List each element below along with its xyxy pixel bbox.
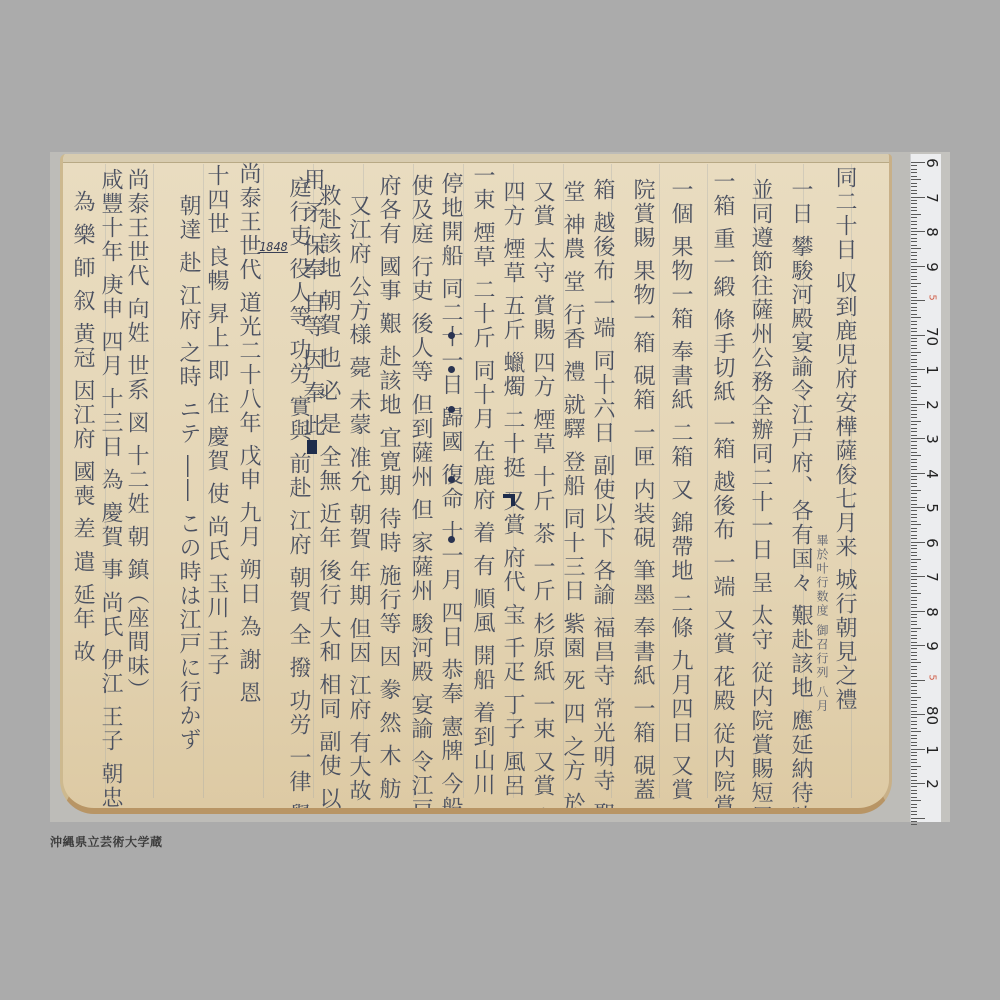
ruler-tick (911, 297, 917, 298)
ruler-tick (911, 659, 917, 660)
ruler-tick (911, 345, 917, 346)
ruler-tick (911, 190, 917, 191)
ruler-tick (911, 400, 917, 401)
ruler-tick (911, 293, 917, 294)
ruler-tick (911, 448, 917, 449)
ruler-tick (911, 821, 917, 822)
ruler-tick (911, 548, 917, 549)
ruler-tick (911, 528, 917, 529)
ruler-tick (911, 673, 917, 674)
text-column: 為 樂 師 叙 黄冠 因江府 國喪 差 遣 延年 故 (69, 190, 95, 664)
ruler-tick (911, 238, 917, 239)
text-column: 使及庭 行吏 後人等 但到薩州 但 家薩州 駿河殿 宴諭 令江戸 (407, 174, 433, 814)
text-column: 用 矛 保奉 自等 因 奉 此 (299, 168, 325, 438)
ruler-tick (911, 731, 921, 732)
ruler-label: 4 (923, 465, 941, 483)
page-top-edge (63, 154, 889, 163)
ruler-tick (911, 652, 917, 653)
ruler-tick (911, 234, 917, 235)
ruler-tick (911, 614, 917, 615)
ruler-tick (911, 697, 921, 698)
ruler-tick (911, 773, 917, 774)
ruler-label: 7 (923, 568, 941, 586)
ruler-tick (911, 573, 917, 574)
ruler-tick (911, 279, 917, 280)
ruler-tick (911, 228, 917, 229)
ruler-tick (911, 735, 917, 736)
ruler-tick (911, 597, 917, 598)
ruler-tick (911, 217, 917, 218)
ruler-tick (911, 793, 917, 794)
ruler-tick (911, 214, 921, 215)
text-column: 停地開船 同二十一日 歸國 復命 十一月 四日 恭奉 憲牌 今般 両副 (437, 172, 463, 814)
ruler-tick (911, 559, 921, 560)
ruler-tick (911, 248, 921, 249)
ruler-tick (911, 203, 917, 204)
ruler-tick (911, 179, 921, 180)
ruler-tick (911, 386, 921, 387)
ruler-tick (911, 359, 917, 360)
ruler-tick (911, 707, 917, 708)
ruler-tick (911, 362, 917, 363)
measuring-ruler: 678957012345678958012 (910, 154, 941, 822)
ruler-tick (911, 490, 921, 491)
ruler-tick (911, 176, 917, 177)
ruler-tick (911, 631, 917, 632)
ruler-tick (911, 183, 917, 184)
ruler-tick (911, 635, 917, 636)
ruler-label: 6 (923, 154, 941, 172)
manuscript-page: 同二十日 収到鹿児府安樺薩俊七月来 城行朝見之禮 畢於叶行数度 御召行列 八月 … (60, 154, 892, 814)
ruler-tick (911, 683, 917, 684)
ruler-tick (911, 648, 917, 649)
ruler-label: 5 (927, 668, 938, 686)
ruler-tick (911, 811, 917, 812)
ruler-tick (911, 410, 917, 411)
ruler-tick (911, 510, 917, 511)
ruler-tick (911, 500, 917, 501)
ruler-tick (911, 241, 917, 242)
ruler-tick (911, 555, 917, 556)
ruler-tick (911, 700, 917, 701)
ruler-tick (911, 514, 917, 515)
ruler-tick (911, 372, 917, 373)
ruler-tick (911, 259, 917, 260)
ruler-tick (911, 186, 917, 187)
ruler-tick (911, 497, 917, 498)
ruler-label: 9 (923, 637, 941, 655)
ruler-tick (911, 593, 921, 594)
ruler-tick (911, 193, 917, 194)
ruler-tick (911, 383, 917, 384)
ruler-tick (911, 407, 917, 408)
ruler-tick (911, 269, 917, 270)
ruler-tick (911, 314, 917, 315)
ruler-tick (911, 655, 917, 656)
ruler-label: 9 (923, 258, 941, 276)
ruler-tick (911, 476, 917, 477)
text-column: 一日 攀駿河殿宴諭令江戸府、各有国々 艱赴該地 應延納待時施行 (787, 178, 813, 814)
ruler-tick (911, 200, 917, 201)
ruler-tick (911, 421, 921, 422)
ruler-label: 6 (923, 534, 941, 552)
ruler-tick (911, 693, 917, 694)
ruler-tick (911, 724, 917, 725)
ruler-tick (911, 338, 917, 339)
text-column: 並同遵節往薩州公務全辦同二十一日 呈 太守 従内院賞賜短冊掛 (747, 178, 773, 814)
collection-caption: 沖縄県立芸術大学蔵 (50, 833, 163, 850)
ruler-tick (911, 379, 917, 380)
ruler-tick (911, 738, 917, 739)
rule-line (463, 164, 464, 798)
ruler-tick (911, 538, 917, 539)
ruler-label: 1 (923, 361, 941, 379)
ruler-tick (911, 300, 925, 301)
ruler-tick (911, 583, 917, 584)
ruler-tick (911, 321, 917, 322)
ruler-tick (911, 566, 917, 567)
ruler-tick (911, 569, 917, 570)
text-column: 又江府 公方様 薨 未蒙 准允 朝賀 年期 但因 江府 有大故 不 (345, 194, 371, 814)
ruler-label: 5 (923, 499, 941, 517)
ruler-tick (911, 272, 917, 273)
ruler-tick (911, 417, 917, 418)
ruler-tick (911, 814, 917, 815)
ruler-tick (911, 624, 917, 625)
ruler-tick (911, 666, 917, 667)
ruler-tick (911, 686, 917, 687)
ruler-tick (911, 366, 917, 367)
ruler-label: 5 (927, 289, 938, 307)
ruler-tick (911, 445, 917, 446)
ruler-tick (911, 579, 917, 580)
ruler-tick (911, 493, 917, 494)
ruler-tick (911, 283, 921, 284)
rule-line (153, 164, 154, 798)
ruler-tick (911, 355, 917, 356)
ink-mark (307, 440, 317, 454)
document-photo: 同二十日 収到鹿児府安樺薩俊七月来 城行朝見之禮 畢於叶行数度 御召行列 八月 … (50, 152, 950, 822)
ruler-tick (911, 486, 917, 487)
text-column-heading: 尚泰王世代 道光二十八年 戊申 九月 朔日 為 謝 恩 (235, 162, 261, 705)
text-column: 又賞 太守 賞賜 四方 煙草 十斤 茶 一斤 杉原紙 一束 又賞 宰相 賞賜 (529, 180, 555, 814)
year-annotation: 1848 (259, 240, 288, 254)
ruler-label: 8 (923, 223, 941, 241)
text-column: 府各有 國事 艱 赴該地 宜寛期 待時 施行等 因 豢 然 木 舫 幾 (375, 174, 401, 814)
ruler-tick (911, 435, 917, 436)
text-column: 朝達 赴 江府 之時 ニテ ―― この時は江戸に行かず (175, 194, 201, 752)
ruler-tick (911, 545, 917, 546)
ruler-tick (911, 469, 917, 470)
ruler-tick (911, 604, 917, 605)
ruler-tick (911, 397, 917, 398)
ruler-tick (911, 424, 917, 425)
text-column: 一束 煙草 二十斤 同十月 在鹿府 着 有 順風 開船 着到山川 二十日 (469, 164, 495, 814)
ruler-tick (911, 562, 917, 563)
ruler-tick (911, 669, 917, 670)
ruler-tick (911, 324, 917, 325)
ruler-tick (911, 552, 917, 553)
ruler-tick (911, 303, 917, 304)
ruler-tick (911, 479, 917, 480)
ruler-tick (911, 680, 925, 681)
ruler-tick (911, 428, 917, 429)
ruler-tick (911, 769, 917, 770)
ruler-tick (911, 317, 921, 318)
ruler-tick (911, 628, 921, 629)
ruler-tick (911, 617, 917, 618)
ruler-tick (911, 728, 917, 729)
ink-dot (448, 476, 455, 483)
ruler-tick (911, 255, 917, 256)
ruler-tick (911, 690, 917, 691)
ruler-label: 80 (923, 706, 941, 724)
ruler-tick (911, 224, 917, 225)
ruler-tick (911, 766, 921, 767)
text-column: 同二十日 収到鹿児府安樺薩俊七月来 城行朝見之禮 (831, 166, 857, 712)
ruler-tick (911, 824, 917, 825)
ruler-tick (911, 762, 917, 763)
ink-dot (448, 332, 455, 339)
ruler-tick (911, 586, 917, 587)
ink-dot (448, 366, 455, 373)
ruler-tick (911, 172, 917, 173)
ruler-tick (911, 638, 917, 639)
ruler-tick (911, 462, 917, 463)
ruler-tick (911, 262, 917, 263)
ruler-tick (911, 414, 917, 415)
ruler-label: 2 (923, 775, 941, 793)
ruler-tick (911, 517, 917, 518)
ruler-label: 2 (923, 396, 941, 414)
ruler-tick (911, 776, 917, 777)
ruler-tick (911, 818, 925, 819)
ruler-label: 8 (923, 603, 941, 621)
ruler-tick (911, 711, 917, 712)
ruler-tick (911, 459, 917, 460)
ruler-tick (911, 207, 917, 208)
ruler-tick (911, 535, 917, 536)
ruler-tick (911, 759, 917, 760)
ruler-tick (911, 621, 917, 622)
text-column: 咸豐十年 庚申 四月 十三日 為 慶賀 事 尚氏 伊江 王子 朝忠 赴 江府之時 (97, 168, 123, 814)
ruler-tick (911, 524, 921, 525)
ink-dot (448, 406, 455, 413)
ruler-label: 70 (923, 327, 941, 345)
ruler-tick (911, 328, 917, 329)
ruler-tick (911, 807, 917, 808)
ruler-tick (911, 590, 917, 591)
ruler-label: 3 (923, 430, 941, 448)
ruler-tick (911, 607, 917, 608)
ruler-tick (911, 704, 917, 705)
ruler-tick (911, 642, 917, 643)
ruler-tick (911, 755, 917, 756)
ruler-tick (911, 245, 917, 246)
ruler-tick (911, 800, 921, 801)
ruler-tick (911, 600, 917, 601)
ruler-tick (911, 376, 917, 377)
ruler-tick (911, 786, 917, 787)
ruler-tick (911, 431, 917, 432)
rule-line (707, 164, 708, 798)
ruler-tick (911, 466, 917, 467)
ruler-tick (911, 790, 917, 791)
ruler-tick (911, 221, 917, 222)
ruler-tick (911, 717, 917, 718)
ruler-tick (911, 169, 917, 170)
text-column: 十四世 良暢 昇上 即 住 慶賀 使 尚氏 玉川 王子 (203, 164, 229, 677)
ruler-tick (911, 521, 917, 522)
ruler-tick (911, 252, 917, 253)
ruler-tick (911, 455, 921, 456)
ruler-tick (911, 276, 917, 277)
ruler-tick (911, 780, 917, 781)
text-column-annotation: 畢於叶行数度 御召行列 八月 (815, 534, 829, 714)
ruler-tick (911, 742, 917, 743)
ruler-tick (911, 210, 917, 211)
ink-mark (511, 494, 515, 506)
ruler-tick (911, 390, 917, 391)
ruler-tick (911, 797, 917, 798)
text-column: 一箱 重一緞 條手切紙 一箱 越後布 一端 又賞 花殿 従内院賞賜硯蓋 (709, 170, 735, 814)
ruler-tick (911, 290, 917, 291)
ruler-tick (911, 286, 917, 287)
ruler-tick (911, 310, 917, 311)
ruler-tick (911, 341, 917, 342)
ruler-tick (911, 348, 917, 349)
ruler-tick (911, 676, 917, 677)
rule-line (659, 164, 660, 798)
ruler-tick (911, 393, 917, 394)
text-column: 箱 越後布 一端 同十六日 副使以下 各諭 福昌寺 常光明寺 聖 (589, 178, 615, 814)
ruler-tick (911, 531, 917, 532)
ruler-tick (911, 452, 917, 453)
ruler-label: 7 (923, 189, 941, 207)
rule-line (263, 164, 264, 798)
ruler-tick (911, 662, 921, 663)
text-column: 院賞賜 果物一箱 硯箱 一匣 内装硯 筆墨 奉書紙 一箱 硯蓋 一匣 條手切紙 … (629, 178, 655, 814)
text-column: 堂 神農 堂 行香 禮 就驛 登船 同十三日 紫園 死 四 之方 於四 (559, 180, 585, 814)
ruler-tick (911, 745, 917, 746)
text-column: 一個 果物一箱 奉書紙 二箱 又 錦帶地 二條 九月四日 又賞 御樣 従内 (667, 178, 693, 814)
ruler-tick (911, 307, 917, 308)
text-column: 尚泰王世代 向姓 世系 図 十二姓 朝 鎮（座間味） (123, 168, 149, 702)
ruler-tick (911, 441, 917, 442)
ruler-tick (911, 483, 917, 484)
ruler-tick (911, 352, 921, 353)
ink-dot (448, 536, 455, 543)
ruler-tick (911, 331, 917, 332)
ruler-tick (911, 752, 917, 753)
ruler-tick (911, 804, 917, 805)
ruler-tick (911, 721, 917, 722)
ruler-tick (911, 504, 917, 505)
ruler-label: 1 (923, 741, 941, 759)
ruler-tick (911, 165, 917, 166)
